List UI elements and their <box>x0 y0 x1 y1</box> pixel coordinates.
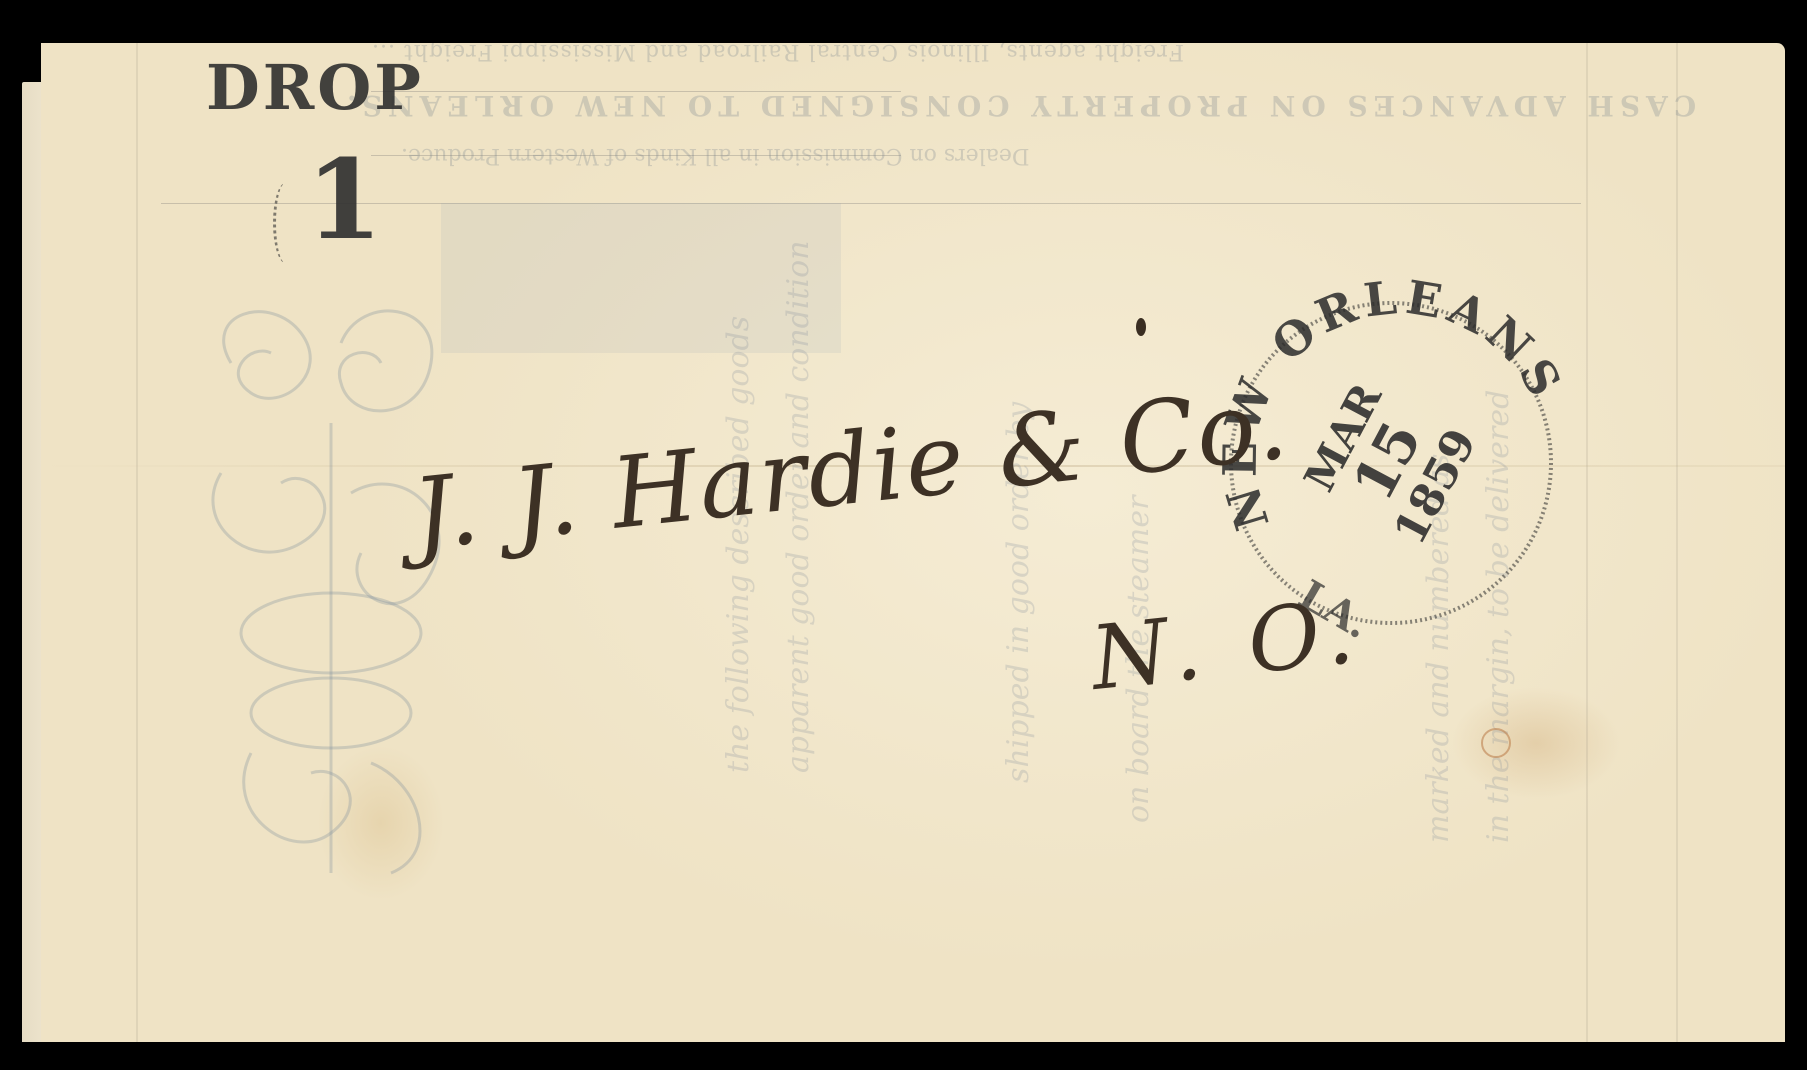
rate-handstamp: 1 <box>306 135 383 264</box>
show-through-ornament-icon <box>191 273 481 893</box>
show-through-text-line: Freight agents, Illinois Central Railroa… <box>371 43 1184 64</box>
show-through-text-line: CASH ADVANCES ON PROPERTY CONSIGNED TO N… <box>341 89 1696 122</box>
vertical-fold-line <box>1676 43 1678 1042</box>
vertical-fold-line <box>1586 43 1588 1042</box>
drop-handstamp: DROP <box>206 51 424 124</box>
show-through-script: on board the steamer <box>1121 263 1156 823</box>
ink-blot <box>1136 318 1146 336</box>
vertical-fold-line <box>136 43 138 1042</box>
addressee-name: J. J. Hardie & Co. <box>407 367 1294 572</box>
show-through-text-line: Dealers on Commission in all Kinds of We… <box>401 143 1029 168</box>
rate-handstamp-partial-oval <box>273 183 298 263</box>
stain-spot <box>1481 728 1511 758</box>
envelope-cover: Freight agents, Illinois Central Railroa… <box>41 43 1785 1042</box>
